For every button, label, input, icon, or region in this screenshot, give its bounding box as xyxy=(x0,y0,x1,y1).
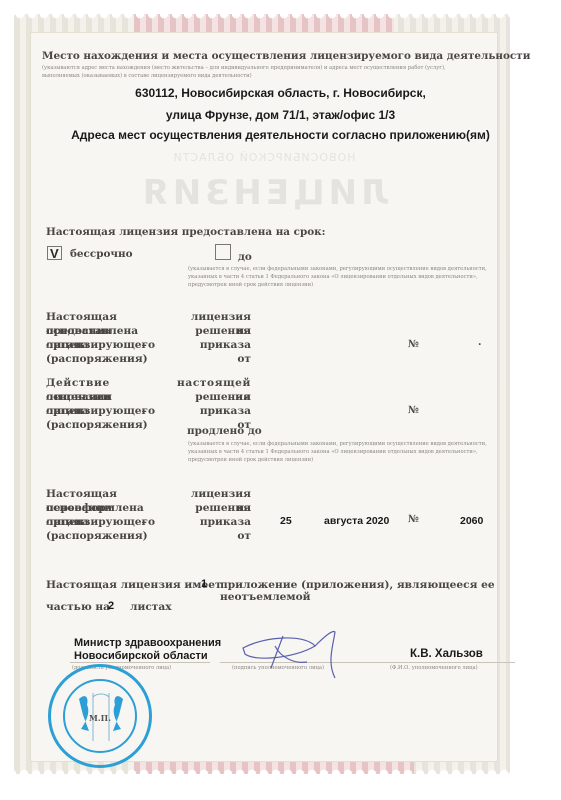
signer-name: К.В. Хальзов xyxy=(410,648,483,660)
signer-position-line-1: Министр здравоохранения xyxy=(74,637,221,649)
checkmark-icon: V xyxy=(50,246,59,261)
reissued-day: 25 xyxy=(280,515,292,527)
extended-note-3: предусмотрен иной срок действия лицензии… xyxy=(188,456,518,464)
reissued-line-3: органа – приказа (распоряжения) от xyxy=(46,515,251,543)
border-scallop-bottom xyxy=(14,768,510,774)
location-heading: Место нахождения и места осуществления л… xyxy=(42,50,530,62)
position-underline xyxy=(70,662,210,663)
appendix-line2-suffix: листах xyxy=(130,601,172,613)
appendix-line2-prefix: частью на xyxy=(46,601,110,613)
granted-number-label: № xyxy=(408,339,419,350)
label-indefinite: бессрочно xyxy=(70,248,133,260)
granted-trailing-dot: . xyxy=(478,337,481,348)
name-caption: (Ф.И.О. уполномоченного лица) xyxy=(390,664,478,672)
term-note-1: (указывается в случае, если федеральными… xyxy=(188,265,518,273)
extended-number-label: № xyxy=(408,405,419,416)
term-heading: Настоящая лицензия предоставлена на срок… xyxy=(46,226,326,238)
name-underline xyxy=(355,662,515,663)
reissued-month-year: августа 2020 xyxy=(324,515,389,527)
reissued-number: 2060 xyxy=(460,515,483,527)
extended-note-1: (указывается в случае, если федеральными… xyxy=(188,440,518,448)
term-note-2: указанных в части 4 статьи 1 Федеральног… xyxy=(188,273,518,281)
granted-line-3: органа – приказа (распоряжения) от xyxy=(46,338,251,366)
location-hint-1: (указываются адрес места нахождения (мес… xyxy=(42,64,522,72)
appendix-sheets: 2 xyxy=(108,600,114,612)
border-scallop-top xyxy=(14,14,510,20)
extended-note-2: указанных в части 4 статьи 1 Федеральног… xyxy=(188,448,518,456)
address-line-1: 630112, Новосибирская область, г. Новоси… xyxy=(0,86,561,100)
watermark-region: НОВОСИБИРСКОЙ ОБЛАСТИ xyxy=(31,151,497,164)
reissued-number-label: № xyxy=(408,514,419,525)
appendix-count: 1 xyxy=(201,578,207,590)
appendix-middle: приложение (приложения), являющееся ее н… xyxy=(220,579,561,603)
signer-position-line-2: Новосибирской области xyxy=(74,650,208,662)
watermark-title: ЛИЦЕНЗИЯ xyxy=(31,173,497,213)
checkbox-until[interactable] xyxy=(215,244,231,260)
handwritten-signature xyxy=(235,628,345,680)
appendix-prefix: Настоящая лицензия имеет xyxy=(46,579,222,591)
address-line-3: Адреса мест осуществления деятельности с… xyxy=(0,128,561,142)
extended-until-label: продлено до xyxy=(187,425,262,437)
label-until: до xyxy=(238,251,252,263)
term-note-3: предусмотрен иной срок действия лицензии… xyxy=(188,281,518,289)
location-hint-2: выполняемых (оказываемых) в составе лице… xyxy=(42,72,522,80)
checkbox-indefinite[interactable]: V xyxy=(47,246,62,260)
address-line-2: улица Фрунзе, дом 71/1, этаж/офис 1/3 xyxy=(0,108,561,122)
